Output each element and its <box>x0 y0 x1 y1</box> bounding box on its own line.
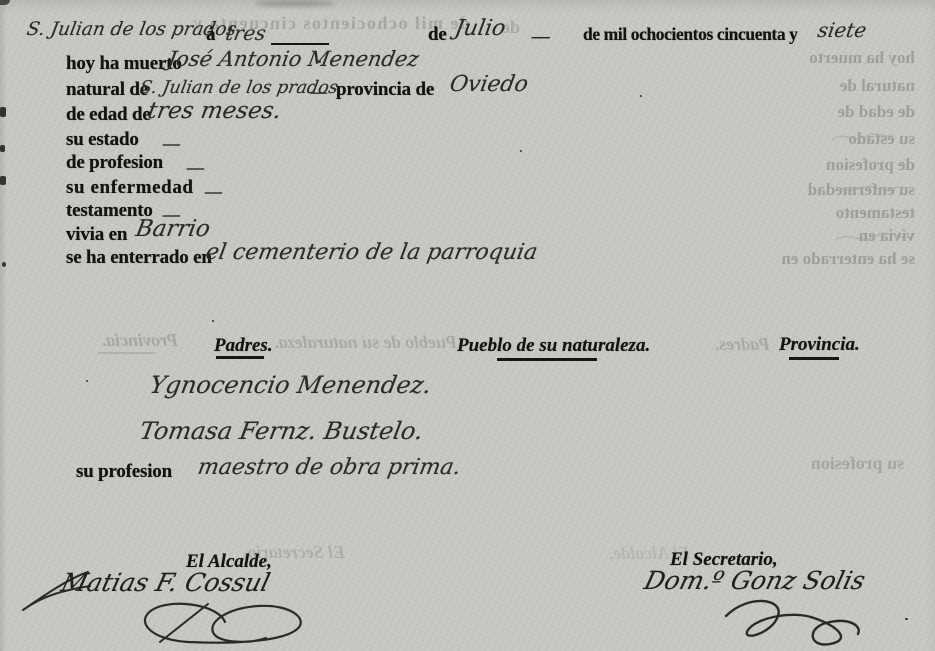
field-enterrado-label: se ha enterrado en <box>66 247 212 269</box>
paper-speck <box>905 618 908 620</box>
field-died-label: hoy ha muerto <box>66 53 182 75</box>
bleedthrough-label: de edad de <box>735 102 915 122</box>
field-natural-dash: — <box>308 82 330 103</box>
bleedthrough-padres-header: Padres. <box>706 334 770 355</box>
paper-speck <box>318 60 321 63</box>
bleedthrough-handwriting-ghost <box>838 178 908 196</box>
field-natural-label: natural de <box>66 79 148 101</box>
secretario-signature-rubric <box>718 596 868 648</box>
day-handwritten: tres <box>224 21 268 45</box>
bleedthrough-label: se ha enterrado en <box>735 249 915 269</box>
field-estado-label: su estado <box>66 129 139 151</box>
at-label: á <box>206 24 215 46</box>
bleedthrough-label: de profesion <box>735 155 915 175</box>
column-header-pueblo: Pueblo de su naturaleza. <box>457 335 650 357</box>
bleedthrough-label: natural de <box>735 76 915 96</box>
bleedthrough-profession: su profesion <box>792 453 904 474</box>
field-province-value: Oviedo <box>448 72 530 97</box>
field-age-label: de edad de <box>66 104 151 126</box>
bleedthrough-handwriting-ghost <box>828 128 898 146</box>
date-dash-handwritten: — <box>529 24 553 48</box>
paper-speck <box>520 150 522 152</box>
parent-profession-label: su profesion <box>76 461 172 483</box>
field-enfermedad-label: su enfermedad <box>66 177 194 199</box>
father-name-handwritten: Ygnocencio Menendez. <box>148 371 434 399</box>
paper-smudge <box>255 0 335 7</box>
bleedthrough-label: testamento <box>735 203 915 223</box>
pueblo-underline <box>497 358 597 361</box>
field-age-value: tres meses. <box>146 98 284 124</box>
paper-speck <box>212 320 214 322</box>
alcalde-signature-rubric <box>130 596 315 648</box>
field-profesion-label: de profesion <box>66 152 163 174</box>
field-enfermedad-value: — <box>202 181 225 203</box>
paper-speck <box>0 176 6 185</box>
field-estado-value: — <box>160 133 183 155</box>
column-header-padres: Padres. <box>214 335 273 357</box>
year-printed-label: de mil ochocientos cincuenta y <box>583 24 798 45</box>
bleedthrough-underline <box>98 352 156 354</box>
field-vivia-label: vivia en <box>66 224 127 246</box>
paper-speck <box>0 107 6 117</box>
field-profesion-value: — <box>184 157 207 179</box>
of-label: de <box>428 24 447 46</box>
parent-profession-value: maestro de obra prima. <box>196 455 463 480</box>
field-enterrado-value: el cementerio de la parroquia <box>204 240 540 265</box>
month-handwritten: Julio <box>453 16 508 41</box>
bleedthrough-pueblo-header: Pueblo de su naturaleza. <box>305 332 457 353</box>
death-register-page: de mil ochocientos cincuenta y de hoy ha… <box>0 0 935 651</box>
paper-speck <box>2 262 6 267</box>
paper-speck <box>86 380 88 382</box>
bleedthrough-provincia-header: Provincia. <box>90 330 178 351</box>
blank-rule <box>271 43 329 45</box>
paper-corner-mark <box>0 0 10 5</box>
bleedthrough-handwriting-ghost <box>832 228 917 248</box>
field-died-value: José Antonio Menendez <box>166 47 421 71</box>
provincia-underline <box>789 357 839 360</box>
paper-speck <box>0 145 5 152</box>
paper-speck <box>640 95 642 97</box>
mother-name-handwritten: Tomasa Fernz. Bustelo. <box>138 417 426 445</box>
field-vivia-value: Barrio <box>134 216 212 242</box>
field-province-label: provincia de <box>336 79 434 101</box>
year-handwritten: siete <box>816 18 869 42</box>
bleedthrough-label: hoy ha muerto <box>735 48 915 68</box>
alcalde-signature-name: Matias F. Cossul <box>58 568 273 597</box>
padres-underline <box>216 356 264 359</box>
column-header-provincia: Provincia. <box>779 334 860 356</box>
secretario-signature-name: Dom.º Gonz Solis <box>641 566 868 595</box>
